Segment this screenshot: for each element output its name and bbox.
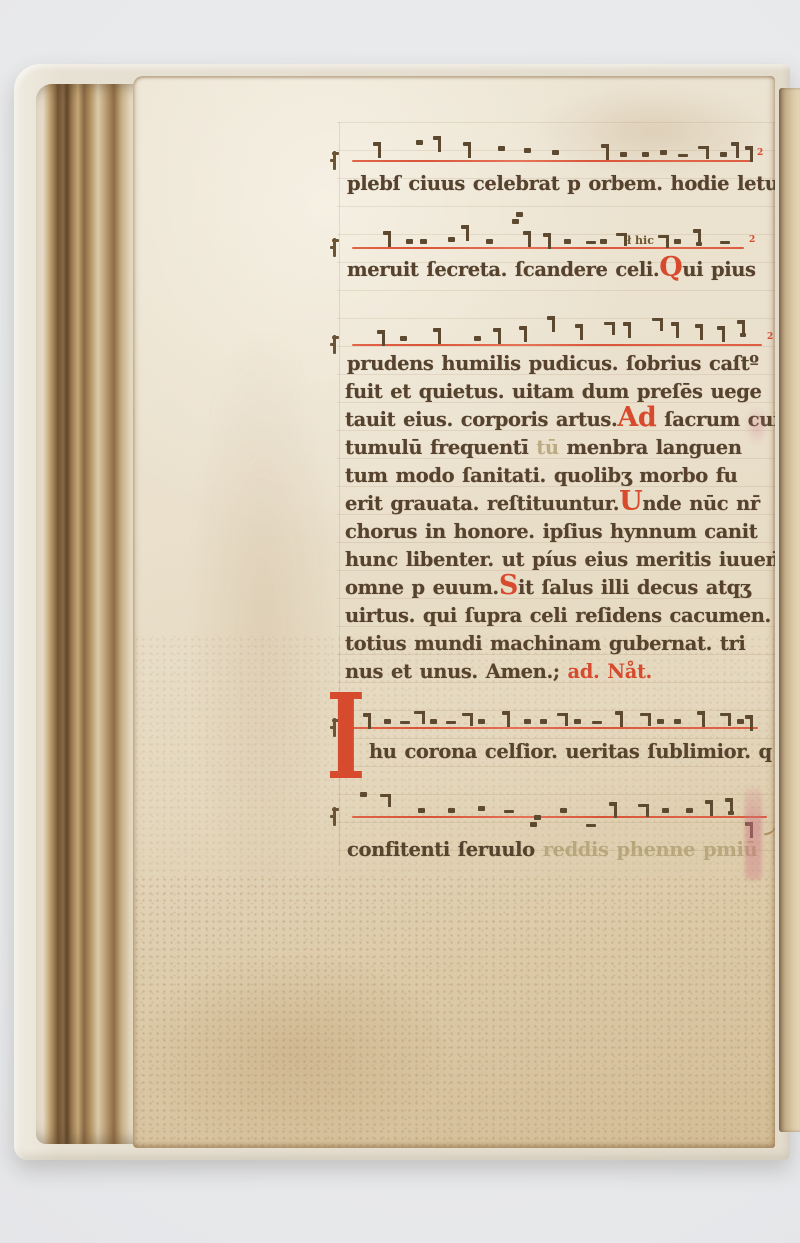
staff-end-mark: 2 [757,148,763,158]
text-segment-ink: ui pius [682,258,755,281]
margin-rule-right [773,122,774,866]
neume-v [438,328,441,344]
clef-mark [333,238,336,257]
neume-p [400,336,407,341]
neume-v [548,233,551,249]
neume-v [580,324,583,340]
neume-v [552,316,555,332]
neume-v [750,146,753,162]
neume-t [586,824,596,827]
neume-p [657,719,664,724]
neume-c [557,713,568,716]
lyric-line: meruit ſecreta. ſcandere celi.Qui pius [347,258,756,281]
music-staff-2: 2 [352,247,744,249]
neume-p [737,719,744,724]
text-segment-ink: menbra languen [559,436,742,459]
neume-p [524,148,531,153]
music-staff-4 [352,727,758,729]
neume-p [552,150,559,155]
text-segment-red: ad. Nåt. [560,660,652,683]
text-segment-ink: nus et unus. Amen.; [345,660,560,683]
text-segment-ink: confitenti ſeruulo [347,838,543,861]
lyric-line: prudens humilis pudicus. ſobrius caſtº [347,352,759,375]
neume-v [710,800,713,816]
neume-p [600,239,607,244]
text-line: tumulū frequentī tū menbra languen [345,436,742,459]
neume-p [416,140,423,145]
text-line: tum modo ſanitati. quolibʒ morbo fu [345,464,737,487]
neume-p [448,808,455,813]
text-line: uirtus. qui ſupra celi reſidens cacumen. [345,604,771,627]
text-segment-ink: nde nūc nr̄ [642,492,759,515]
parchment-stain-top [533,86,773,176]
neume-c [720,713,731,716]
neume-vf [698,229,701,246]
neume-v [750,715,753,731]
neume-c [380,794,391,797]
text-segment-ink: hunc libenter. ut píus eius meritis iuue… [345,548,775,571]
text-segment-ink: totius mundi machinam gubernat. tri [345,632,745,655]
margin-flourish [762,822,775,835]
photo-scene: 2 2 2 ł hic I plebſ ciuus celebrat p orb… [0,0,800,1243]
neume-v [368,713,371,729]
text-segment-initial: Ad [617,402,656,433]
text-segment-ink: tum modo ſanitati. quolibʒ morbo fu [345,464,737,487]
lyric-line: confitenti ſeruulo reddis phenne pmiū [347,838,757,861]
neume-v [620,711,623,727]
neume-v [628,322,631,338]
text-segment-ink: meruit ſecreta. ſcandere celi. [347,258,659,281]
neume-v [382,330,385,346]
text-segment-ink: uirtus. qui ſupra celi reſidens cacumen. [345,604,771,627]
neume-t [400,721,410,724]
neume-c [604,322,615,325]
music-staff-1: 2 [352,160,752,162]
staff-red-line [352,816,767,818]
neume-c [414,711,425,714]
neume-t [678,154,688,157]
neume-v [702,711,705,727]
neume-pe [530,822,537,827]
neume-pe [512,219,519,224]
neume-v [388,231,391,247]
neume-v [736,142,739,158]
text-line: totius mundi machinam gubernat. tri [345,632,745,655]
neume-v [700,324,703,340]
neume-c [462,713,473,716]
neume-p [430,719,437,724]
neume-p [574,719,581,724]
text-segment-ink: tauit eius. corporis artus. [345,408,617,431]
lyric-line: hu corona celſior. ueritas ſublimior. q [369,740,772,763]
neume-t [586,241,596,244]
neume-c [698,146,709,149]
neume-p [660,150,667,155]
neume-p [686,808,693,813]
neume-v [528,231,531,247]
neume-p [418,808,425,813]
staff-red-line [352,727,758,729]
text-segment-ink: hu corona celſior. ueritas ſublimior. q [369,740,772,763]
text-segment-ink: tumulū frequentī [345,436,536,459]
neume-c [616,233,627,236]
neume-p [642,152,649,157]
neume-t [720,241,730,244]
neume-p [674,719,681,724]
text-segment-ink: chorus in honore. ipſius hynnum canit [345,520,757,543]
clef-mark [333,335,336,354]
neume-t [592,721,602,724]
neume-p [620,152,627,157]
neume-v [750,822,753,838]
staff-red-line [352,160,752,162]
text-segment-faded: reddis phenne pmiū [543,838,758,861]
text-segment-initial: S [499,570,518,601]
manuscript-page: 2 2 2 ł hic I plebſ ciuus celebrat p orb… [133,76,775,1148]
text-segment-initial: U [619,486,642,517]
text-line: chorus in honore. ipſius hynnum canit [345,520,757,543]
parchment-stain-bottom [143,956,443,1146]
neume-p [540,719,547,724]
neume-vf [730,798,733,815]
text-segment-ink: ſacrum cuiº [656,408,775,431]
neume-p [524,719,531,724]
neume-v [507,711,510,727]
text-segment-ink: erit grauata. reſtituuntur. [345,492,619,515]
music-staff-3: 2 [352,344,762,346]
text-line: erit grauata. reſtituuntur.Unde nūc nr̄ [345,492,760,515]
neume-p [384,719,391,724]
neume-p [674,239,681,244]
neume-v [606,144,609,160]
neume-p [478,806,485,811]
neume-p [560,808,567,813]
neume-p [478,719,485,724]
large-red-initial-I: I [326,682,359,804]
clef-mark [333,151,336,170]
neume-p [406,239,413,244]
neume-v [676,322,679,338]
neume-p [720,152,727,157]
text-segment-ink: prudens humilis pudicus. ſobrius caſtº [347,352,759,375]
neume-v [722,326,725,342]
neume-p [486,239,493,244]
neume-v [468,142,471,158]
neume-t [446,721,456,724]
staff-red-line [352,344,762,346]
neume-v [378,142,381,158]
neume-v [614,802,617,818]
text-line: fuit et quietus. uitam dum preſēs uege [345,380,762,403]
music-staff-5 [352,816,767,818]
text-segment-ink: it ſalus illi decus atqʒ [518,576,751,599]
text-line: tauit eius. corporis artus.Ad ſacrum cui… [345,408,775,431]
neume-p [498,146,505,151]
neume-v [438,136,441,152]
staff-end-mark: 2 [767,332,773,342]
text-line: nus et unus. Amen.; ad. Nåt. [345,660,652,683]
neume-p [662,808,669,813]
neume-c [658,235,669,238]
text-segment-faded: tū [536,436,558,459]
neume-p [564,239,571,244]
neume-p [474,336,481,341]
interlinear-gloss: ł hic [627,234,654,247]
lyric-line: plebſ ciuus celebrat p orbem. hodie letu… [347,172,775,195]
text-segment-ink: fuit et quietus. uitam dum preſēs uege [345,380,762,403]
text-line: omne p euum.Sit ſalus illi decus atqʒ [345,576,751,599]
text-segment-ink: plebſ ciuus celebrat p orbem. hodie letu… [347,172,775,195]
page-edges-stack [36,84,142,1144]
staff-end-mark: 2 [749,235,755,245]
neume-p [448,237,455,242]
neume-c [638,804,649,807]
text-segment-initial: Q [659,252,682,283]
clef-mark [333,807,336,826]
pink-smudge-strip [745,788,762,880]
text-segment-ink: omne p euum. [345,576,499,599]
parchment-stain-left [193,336,333,896]
parchment-texture-bottom [133,876,775,1148]
facing-page-sliver [779,88,800,1132]
text-line: hunc libenter. ut píus eius meritis iuue… [345,548,775,571]
neume-c [652,318,663,321]
neume-v [498,328,501,344]
neume-t [504,810,514,813]
neume-p [420,239,427,244]
neume-v [466,225,469,241]
neume-v [524,326,527,342]
neume-vf [742,320,745,337]
neume-c [640,713,651,716]
